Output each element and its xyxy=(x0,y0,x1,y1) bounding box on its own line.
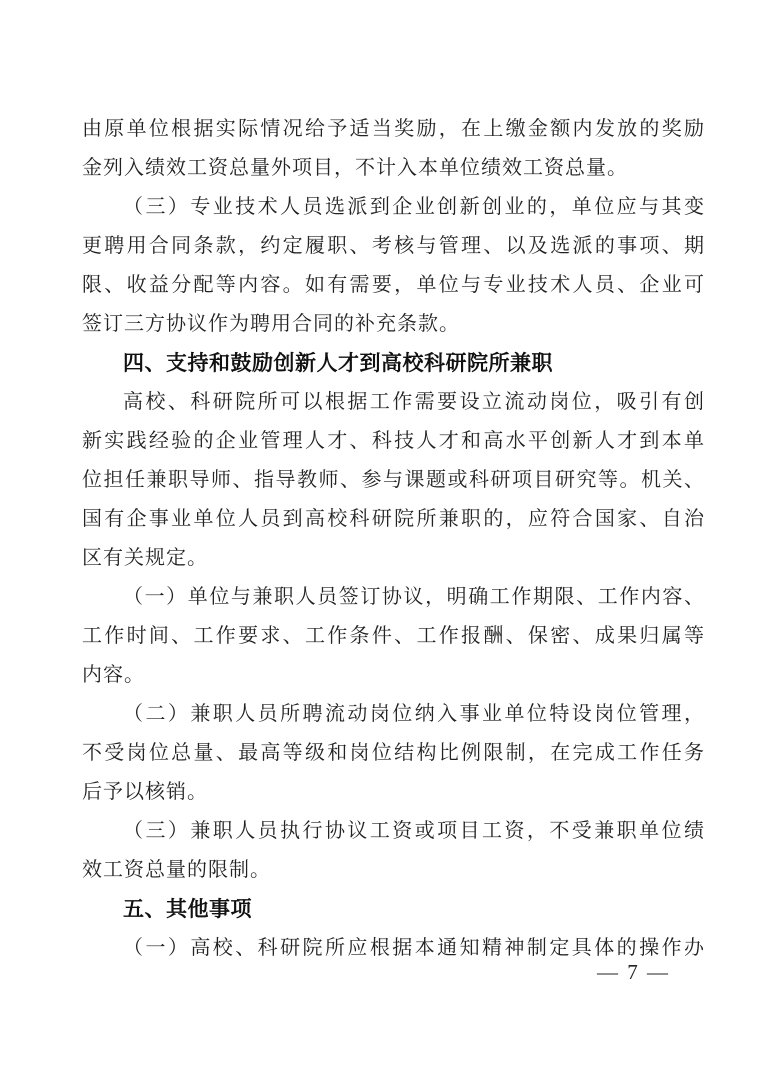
text-line: （三）兼职人员执行协议工资或项目工资，不受兼职单位绩 xyxy=(82,812,705,851)
text-line: 更聘用合同条款，约定履职、考核与管理、以及选派的事项、期 xyxy=(82,227,705,266)
section-heading: 五、其他事项 xyxy=(82,890,705,929)
text-line: 高校、科研院所可以根据工作需要设立流动岗位，吸引有创 xyxy=(82,383,705,422)
text-line: 后予以核销。 xyxy=(82,773,705,812)
page-number: — 7 — xyxy=(597,960,670,985)
text-line: 国有企事业单位人员到高校科研院所兼职的，应符合国家、自治 xyxy=(82,500,705,539)
text-line: 不受岗位总量、最高等级和岗位结构比例限制，在完成工作任务 xyxy=(82,734,705,773)
text-line: （三）专业技术人员选派到企业创新创业的，单位应与其变 xyxy=(82,188,705,227)
text-line: 位担任兼职导师、指导教师、参与课题或科研项目研究等。机关、 xyxy=(82,461,705,500)
text-line: 区有关规定。 xyxy=(82,539,705,578)
text-line: 工作时间、工作要求、工作条件、工作报酬、保密、成果归属等 xyxy=(82,617,705,656)
text-line: （二）兼职人员所聘流动岗位纳入事业单位特设岗位管理， xyxy=(82,695,705,734)
text-line: 由原单位根据实际情况给予适当奖励，在上缴金额内发放的奖励 xyxy=(82,110,705,149)
text-line: 限、收益分配等内容。如有需要，单位与专业技术人员、企业可 xyxy=(82,266,705,305)
section-heading: 四、支持和鼓励创新人才到高校科研院所兼职 xyxy=(82,344,705,383)
text-line: 新实践经验的企业管理人才、科技人才和高水平创新人才到本单 xyxy=(82,422,705,461)
text-line: 签订三方协议作为聘用合同的补充条款。 xyxy=(82,305,705,344)
text-line: 效工资总量的限制。 xyxy=(82,851,705,890)
document-body: 由原单位根据实际情况给予适当奖励，在上缴金额内发放的奖励 金列入绩效工资总量外项… xyxy=(82,110,705,968)
text-line: 金列入绩效工资总量外项目，不计入本单位绩效工资总量。 xyxy=(82,149,705,188)
text-line: （一）单位与兼职人员签订协议，明确工作期限、工作内容、 xyxy=(82,578,705,617)
document-page: 由原单位根据实际情况给予适当奖励，在上缴金额内发放的奖励 金列入绩效工资总量外项… xyxy=(0,0,763,1077)
text-line: 内容。 xyxy=(82,656,705,695)
